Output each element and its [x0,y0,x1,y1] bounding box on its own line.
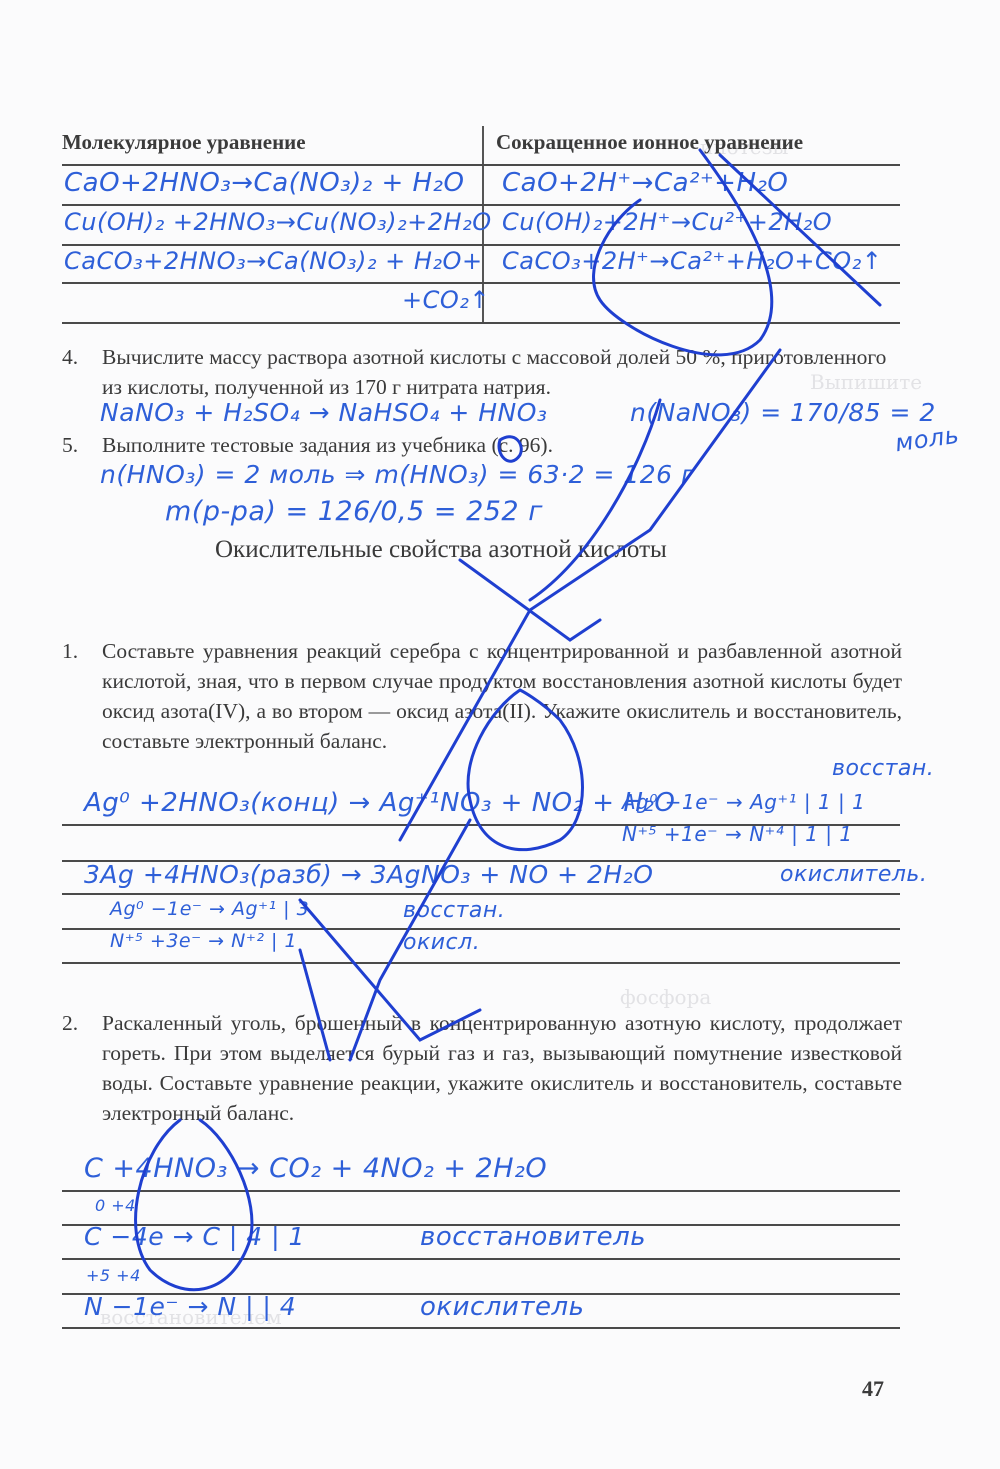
task-text: Раскаленный уголь, брошенный в концентри… [102,1008,902,1128]
task-number: 2. [62,1008,78,1038]
table-rule [62,282,900,284]
answer-4-moles-nano3: n(NaNO₃) = 170/85 = 2 [630,398,936,427]
task-text: Составьте уравнения реакций серебра с ко… [102,636,902,756]
task-4: 4. Вычислите массу раствора азотной кисл… [62,342,902,402]
answer-4-reaction: NaNO₃ + H₂SO₄ → NaHSO₄ + HNO₃ [100,398,547,427]
task-1: 1. Составьте уравнения реакций серебра с… [62,636,902,756]
answer-2-reducer-label: восстановитель [420,1222,646,1252]
column-header-molecular: Молекулярное уравнение [62,130,306,155]
table-cell-ionic: CaO+2H⁺→Ca²⁺+H₂O [502,168,788,198]
workbook-page: ипотезы Выпишите фосфора восстановителем… [0,0,1000,1469]
answer-2-oxidation-states: +5 +4 [86,1266,141,1285]
table-cell-molecular: CaO+2HNO₃→Ca(NO₃)₂ + H₂O [64,168,464,198]
answer-1-balance-ag: Ag⁰ −1e⁻ → Ag⁺¹ | 1 | 1 [622,790,865,814]
table-cell-ionic: Cu(OH)₂+2H⁺→Cu²⁺+2H₂O [502,208,832,236]
answer-4-mass-solution: m(р-ра) = 126/0,5 = 252 г [165,496,543,527]
answer-line [62,1190,900,1192]
task-2: 2. Раскаленный уголь, брошенный в концен… [62,1008,902,1128]
page-number: 47 [862,1376,884,1402]
answer-2-oxidation-states: 0 +4 [95,1196,136,1215]
table-cell-molecular: Cu(OH)₂ +2HNO₃→Cu(NO₃)₂+2H₂O [64,208,492,236]
task-text: Вычислите массу раствора азотной кислоты… [102,342,902,402]
task-number: 4. [62,342,78,372]
answer-1-dilute-eq: 3Ag +4HNO₃(разб) → 3AgNO₃ + NO + 2H₂O [84,860,653,889]
answer-line [62,962,900,964]
answer-1-reducer-label-2: восстан. [403,898,505,923]
bleed-through-text: фосфора [620,985,711,1009]
table-rule [62,164,900,166]
table-cell-molecular: CaCO₃+2HNO₃→Ca(NO₃)₂ + H₂O+ [64,247,483,275]
answer-line [62,1258,900,1260]
table-rule [62,322,900,324]
task-text: Выполните тестовые задания из учебника (… [102,430,902,460]
section-title: Окислительные свойства азотной кислоты [215,536,667,564]
task-5: 5. Выполните тестовые задания из учебник… [62,430,902,460]
answer-1-concentrated-eq: Ag⁰ +2HNO₃(конц) → Ag⁺¹NO₃ + NO₂ + H₂O [84,788,675,818]
table-cell-ionic: CaCO₃+2H⁺→Ca²⁺+H₂O+CO₂↑ [502,247,882,275]
answer-4-mass-hno3: n(HNO₃) = 2 моль ⇒ m(HNO₃) = 63·2 = 126 … [100,460,695,489]
answer-1-balance2-ag: Ag⁰ −1e⁻ → Ag⁺¹ | 3 [110,898,309,920]
answer-2-balance-n: N −1e⁻ → N | | 4 [84,1292,296,1321]
table-cell-molecular: +CO₂↑ [402,286,490,314]
table-rule [62,204,900,206]
answer-1-balance-n: N⁺⁵ +1e⁻ → N⁺⁴ | 1 | 1 [622,822,853,846]
answer-1-oxidizer-label: окислитель. [780,862,927,887]
answer-1-balance2-n: N⁺⁵ +3e⁻ → N⁺² | 1 [110,930,297,952]
answer-1-oxidizer-label-2: окисл. [403,930,480,955]
task-number: 1. [62,636,78,666]
table-rule [62,244,900,246]
answer-2-oxidizer-label: окислитель [420,1292,584,1322]
answer-line [62,1327,900,1329]
task-number: 5. [62,430,78,460]
answer-line [62,893,900,895]
answer-2-equation: C +4HNO₃ → CO₂ + 4NO₂ + 2H₂O [84,1153,547,1184]
column-header-ionic: Сокращенное ионное уравнение [496,130,803,155]
answer-2-balance-c: C −4e → C | 4 | 1 [84,1222,305,1251]
answer-1-reducer-label: восстан. [832,756,934,781]
